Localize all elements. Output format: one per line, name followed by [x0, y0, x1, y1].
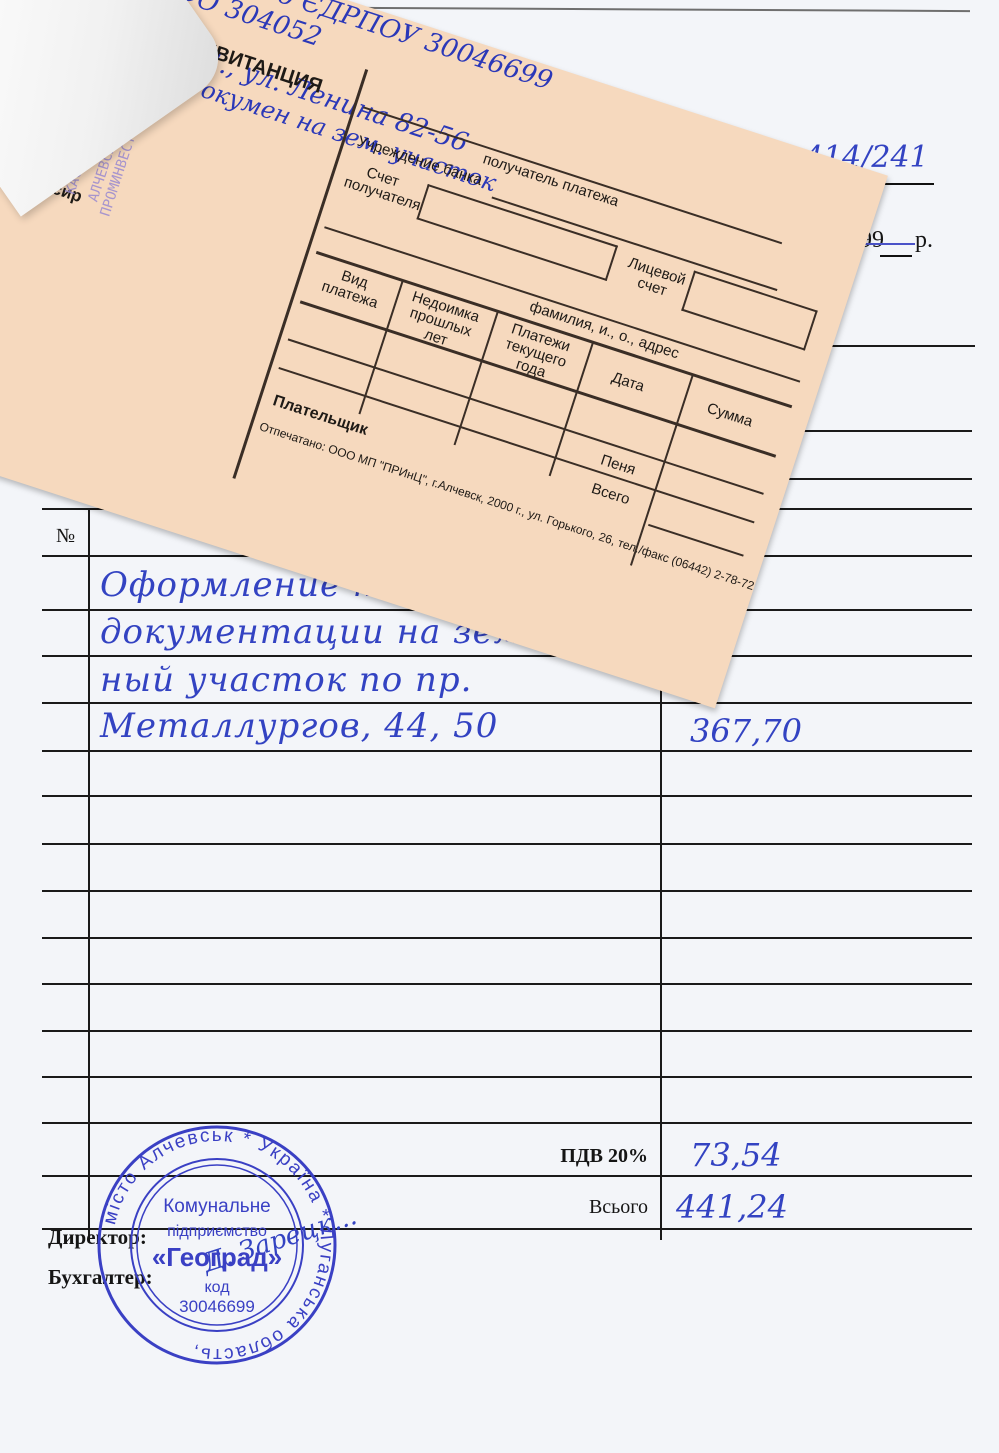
table-row-line	[42, 983, 972, 985]
total-label: Всього	[488, 1196, 648, 1219]
vat-value: 73,54	[690, 1136, 782, 1174]
table-row-line	[42, 655, 972, 657]
column-header-no: №	[56, 525, 75, 548]
table-row-line	[42, 702, 972, 704]
item-description-line: ный участок по пр.	[100, 660, 472, 700]
table-row-line	[42, 1076, 972, 1078]
total-value: 441,24	[676, 1188, 788, 1226]
table-col-divider-no	[88, 508, 90, 1240]
printed-by-note: Отпечатано: ООО МП "ПРИнЦ", г.Алчевск, 2…	[258, 419, 756, 593]
table-row-line	[42, 843, 972, 845]
year-suffix: р.	[915, 227, 933, 254]
table-row-line	[42, 937, 972, 939]
svg-text:30046699: 30046699	[179, 1297, 255, 1316]
table-row-line	[42, 750, 972, 752]
date-underline-2	[880, 255, 912, 257]
svg-text:підприємство: підприємство	[167, 1223, 267, 1240]
table-row-line	[42, 890, 972, 892]
svg-text:«Геоград»: «Геоград»	[152, 1242, 282, 1272]
row-line	[278, 367, 754, 523]
item-description-line: Металлургов, 44, 50	[100, 706, 498, 746]
col-date: Дата	[610, 369, 647, 395]
vat-label: ПДВ 20%	[488, 1145, 648, 1168]
col-sum: Сумма	[705, 400, 755, 431]
svg-text:код: код	[204, 1279, 230, 1296]
svg-text:Комунальне: Комунальне	[163, 1196, 271, 1217]
total-label: Всего	[589, 480, 632, 508]
company-seal-stamp: місто Алчевськ * Україна * Луганська обл…	[92, 1120, 342, 1370]
table-row-line	[42, 1030, 972, 1032]
table-row-line	[42, 795, 972, 797]
item-amount: 367,70	[690, 712, 802, 750]
